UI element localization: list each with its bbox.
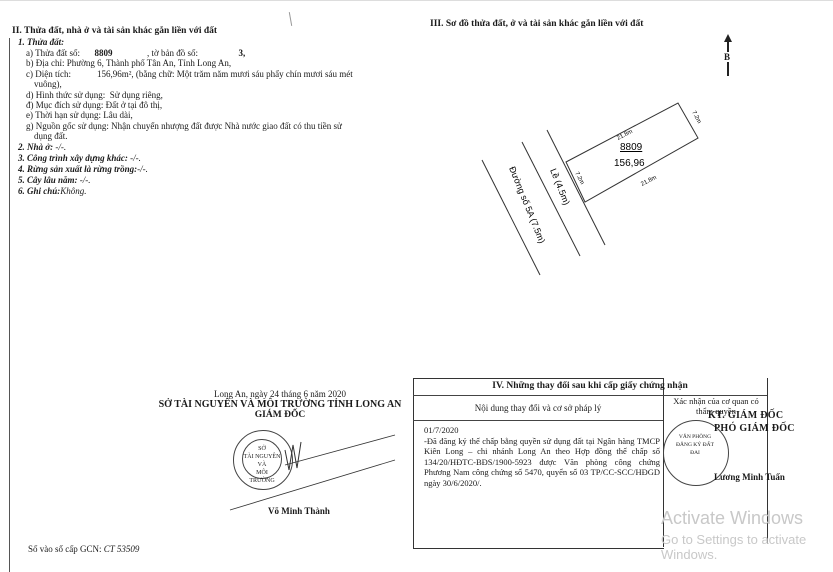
item-value: -/-. xyxy=(130,153,141,163)
row-label: d) Hình thức sử dụng: xyxy=(26,90,105,100)
entry-date: 01/7/2020 xyxy=(424,425,660,436)
item-label: 2. Nhà ở: xyxy=(18,142,53,152)
column-header-content: Nội dung thay đổi và cơ sở pháp lý xyxy=(413,396,663,421)
parcel-row-area-cont: vuông), xyxy=(26,79,353,89)
parcel-row-purpose: đ) Mục đích sử dụng: Đất ở tại đô thị, xyxy=(26,100,353,110)
north-label: B xyxy=(724,52,730,62)
item-label: 5. Cây lâu năm: xyxy=(18,175,78,185)
signer-title: GIÁM ĐỐC xyxy=(150,410,410,420)
parcel-row-number: a) Thửa đất số: 8809 , tờ bản đồ số: 3, xyxy=(26,48,353,58)
item-value: -/-. xyxy=(80,175,91,185)
page-left-edge xyxy=(9,38,10,572)
row-label: a) Thửa đất số: xyxy=(26,48,80,58)
approver-name: Lương Minh Tuấn xyxy=(714,472,785,482)
entry-text: -Đã đăng ký thế chấp bằng quyền sử dụng … xyxy=(424,436,660,489)
row-label: e) Thời hạn sử dụng: xyxy=(26,110,101,120)
section3-title: III. Sơ đồ thửa đất, ở và tài sản khác g… xyxy=(430,19,643,29)
item-label: 3. Công trình xây dựng khác: xyxy=(18,153,128,163)
signer-name: Võ Minh Thành xyxy=(268,506,330,516)
parcel-area: 156,96 xyxy=(614,158,645,169)
parcel-row-origin-cont: dụng đất. xyxy=(26,131,353,141)
parcel-details: a) Thửa đất số: 8809 , tờ bản đồ số: 3, … xyxy=(26,48,353,142)
parcel-row-term: e) Thời hạn sử dụng: Lâu dài, xyxy=(26,110,353,120)
other-assets: 2. Nhà ở: -/-. 3. Công trình xây dựng kh… xyxy=(18,142,148,197)
item-perennial: 5. Cây lâu năm: -/-. xyxy=(18,175,148,186)
item-other-construction: 3. Công trình xây dựng khác: -/-. xyxy=(18,153,148,164)
row-value: dụng đất. xyxy=(34,131,68,141)
row-label: g) Nguồn gốc sử dụng: xyxy=(26,121,109,131)
gcn-label: Số vào sổ cấp GCN: xyxy=(28,544,102,554)
signature-block: Long An, ngày 24 tháng 6 năm 2020 SỞ TÀI… xyxy=(150,389,410,420)
gcn-number: Số vào sổ cấp GCN: CT 53509 xyxy=(28,544,139,554)
row-value: Sử dụng riêng, xyxy=(110,90,163,100)
item-house: 2. Nhà ở: -/-. xyxy=(18,142,148,153)
page-top-edge xyxy=(0,0,833,1)
issuing-org: SỞ TÀI NGUYÊN VÀ MÔI TRƯỜNG TỈNH LONG AN xyxy=(150,399,410,410)
seal-text: ĐĂNG KÝ ĐẤT ĐAI xyxy=(674,441,716,457)
row-label: đ) Mục đích sử dụng: xyxy=(26,100,103,110)
parcel-row-usage-form: d) Hình thức sử dụng: Sử dụng riêng, xyxy=(26,90,353,100)
scan-mark xyxy=(289,12,292,26)
approval-title-2: PHÓ GIÁM ĐỐC xyxy=(714,423,795,434)
parcel-sketch: 21.8m 21.8m 7.2m 7.2m 8809 156,96 Lề (4.… xyxy=(470,90,720,280)
row-value: Đất ở tại đô thị, xyxy=(106,100,163,110)
change-entry: 01/7/2020 -Đã đăng ký thế chấp bằng quyề… xyxy=(424,425,660,488)
item-value: -/-. xyxy=(137,164,148,174)
seal-inner: VĂN PHÒNG ĐĂNG KÝ ĐẤT ĐAI xyxy=(674,433,716,457)
gcn-value: CT 53509 xyxy=(104,544,140,554)
item-label: 6. Ghi chú: xyxy=(18,186,60,196)
parcel-row-address: b) Địa chỉ: Phường 6, Thành phố Tân An, … xyxy=(26,58,353,68)
changes-table-title: IV. Những thay đổi sau khi cấp giấy chứn… xyxy=(413,378,767,396)
row-value: Lâu dài, xyxy=(103,110,133,120)
item-forest: 4. Rừng sản xuất là rừng trồng:-/-. xyxy=(18,164,148,175)
row-label: b) Địa chỉ: xyxy=(26,58,65,68)
row-value: Nhận chuyển nhượng đất được Nhà nước gia… xyxy=(111,121,342,131)
item-label: 4. Rừng sản xuất là rừng trồng: xyxy=(18,164,137,174)
section2-subtitle: 1. Thửa đất: xyxy=(18,37,64,48)
activation-watermark-title: Activate Windows xyxy=(661,508,803,529)
item-value: Không. xyxy=(60,186,86,196)
parcel-number: 8809 xyxy=(94,48,112,58)
dim-right: 7.2m xyxy=(690,110,702,125)
activation-watermark-link[interactable]: Go to Settings to activate Windows. xyxy=(661,532,833,562)
row-value: Phường 6, Thành phố Tân An, Tỉnh Long An… xyxy=(67,58,231,68)
item-value: -/-. xyxy=(55,142,66,152)
section2-title: II. Thửa đất, nhà ở và tài sản khác gắn … xyxy=(12,26,217,36)
row-value: 156,96m², (bằng chữ: Một trăm năm mươi s… xyxy=(97,69,353,79)
row-label: c) Diện tích: xyxy=(26,69,71,79)
parcel-row-origin: g) Nguồn gốc sử dụng: Nhận chuyển nhượng… xyxy=(26,121,353,131)
dim-bottom: 21.8m xyxy=(640,175,658,188)
approval-title-1: KT. GIÁM ĐỐC xyxy=(708,410,783,421)
row-value: vuông), xyxy=(34,79,62,89)
seal-text: VĂN PHÒNG xyxy=(674,433,716,441)
sign-date: Long An, ngày 24 tháng 6 năm 2020 xyxy=(150,389,410,399)
item-note: 6. Ghi chú:Không. xyxy=(18,186,148,197)
map-sheet-label: , tờ bản đồ số: xyxy=(147,48,198,58)
dim-left: 7.2m xyxy=(573,171,585,186)
parcel-row-area: c) Diện tích:156,96m², (bằng chữ: Một tr… xyxy=(26,69,353,79)
map-sheet-number: 3, xyxy=(238,48,245,58)
road-label: Đường số 5A (7.5m) xyxy=(507,165,547,245)
parcel-id: 8809 xyxy=(620,142,643,153)
